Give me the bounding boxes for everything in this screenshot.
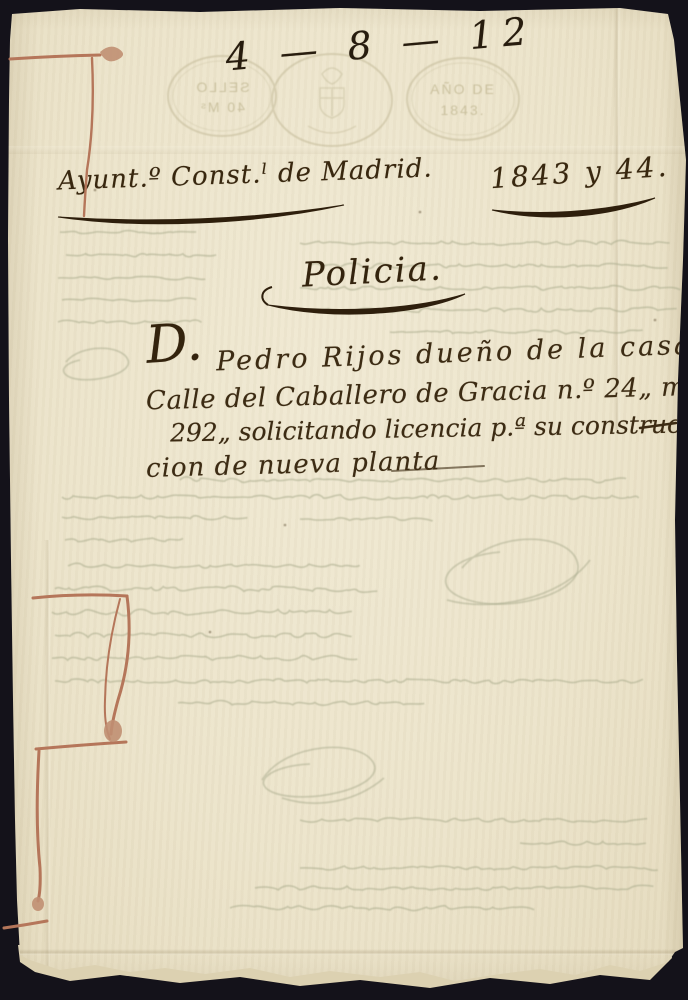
page-numbers: 4 — 8 — 12 (224, 9, 538, 80)
tax-stamp-embossing: SELLO 40 Mˢ AÑO DE 1843. (0, 0, 688, 1000)
photo-background: SELLO 40 Mˢ AÑO DE 1843. 4 — 8 — 12 Ayun… (0, 0, 688, 1000)
ink-flourishes (0, 0, 688, 1000)
stamp-right-oval (407, 58, 519, 140)
coat-of-arms-icon (308, 68, 356, 133)
bleed-through-writing (0, 0, 688, 1000)
years-underline-flourish (492, 198, 655, 217)
body-text-line: Pedro Rijos dueño de la casa (216, 330, 688, 378)
body-initial-letter: D. (144, 312, 204, 376)
section-underline-flourish (268, 294, 465, 314)
paper-crease (613, 0, 621, 430)
svg-text:SELLO: SELLO (194, 79, 249, 95)
paper-crease (44, 540, 51, 1000)
body-text-line: Calle del Caballero de Gracia n.º 24„ m.… (146, 372, 688, 417)
stamp-left-text-mirrored: SELLO 40 Mˢ (194, 79, 249, 115)
header-years: 1843 y 44. (489, 150, 670, 195)
svg-text:1843.: 1843. (440, 102, 485, 118)
header-title: Ayunt.º Const.ˡ de Madrid. (58, 153, 434, 196)
body-text-line: cion de nueva planta (146, 446, 441, 484)
body-text-line: 292„ solicitando licencia p.ª su constru… (170, 409, 688, 447)
paper-sheet: SELLO 40 Mˢ AÑO DE 1843. 4 — 8 — 12 Ayun… (0, 0, 688, 1000)
section-title: Policia. (301, 248, 444, 295)
stamp-right-text: AÑO DE 1843. (430, 81, 496, 118)
svg-text:AÑO DE: AÑO DE (430, 81, 496, 97)
paper-crease (0, 949, 688, 955)
header-underline-flourish (58, 205, 344, 224)
paper-crease (0, 146, 688, 154)
svg-text:40 Mˢ: 40 Mˢ (199, 99, 245, 115)
